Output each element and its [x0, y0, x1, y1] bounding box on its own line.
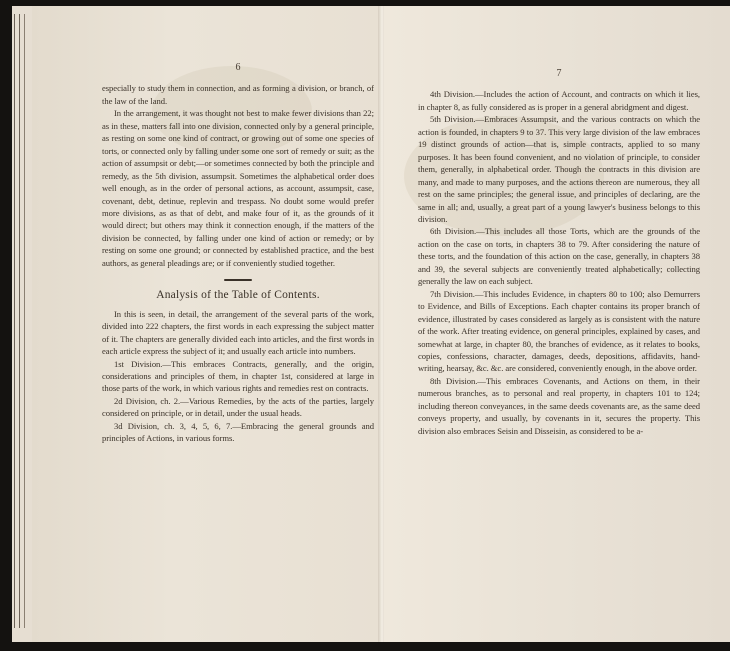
paragraph: 1st Division.—This embraces Contracts, g…	[102, 358, 374, 395]
right-page-text: 7 4th Division.—Includes the action of A…	[418, 68, 700, 437]
left-page-text: 6 especially to study them in connection…	[102, 62, 374, 445]
paragraph: In this is seen, in detail, the arrangem…	[102, 308, 374, 358]
paragraph: 7th Division.—This includes Evidence, in…	[418, 288, 700, 375]
paragraph: 6th Division.—This includes all those To…	[418, 225, 700, 287]
paragraph: In the arrangement, it was thought not b…	[102, 107, 374, 269]
right-page: 7 4th Division.—Includes the action of A…	[384, 6, 730, 642]
ornamental-rule	[224, 279, 252, 281]
page-edge	[24, 14, 29, 628]
book-spread: 6 especially to study them in connection…	[12, 6, 730, 642]
paragraph: 4th Division.—Includes the action of Acc…	[418, 88, 700, 113]
page-number: 7	[418, 68, 700, 80]
section-heading: Analysis of the Table of Contents.	[102, 289, 374, 301]
paragraph: 2d Division, ch. 2.—Various Remedies, by…	[102, 395, 374, 420]
paragraph: especially to study them in connection, …	[102, 82, 374, 107]
paragraph: 3d Division, ch. 3, 4, 5, 6, 7.—Embracin…	[102, 420, 374, 445]
paragraph: 8th Division.—This embraces Covenants, a…	[418, 375, 700, 437]
left-page: 6 especially to study them in connection…	[32, 6, 382, 642]
page-number: 6	[102, 62, 374, 74]
paragraph: 5th Division.—Embraces Assumpsit, and th…	[418, 113, 700, 225]
